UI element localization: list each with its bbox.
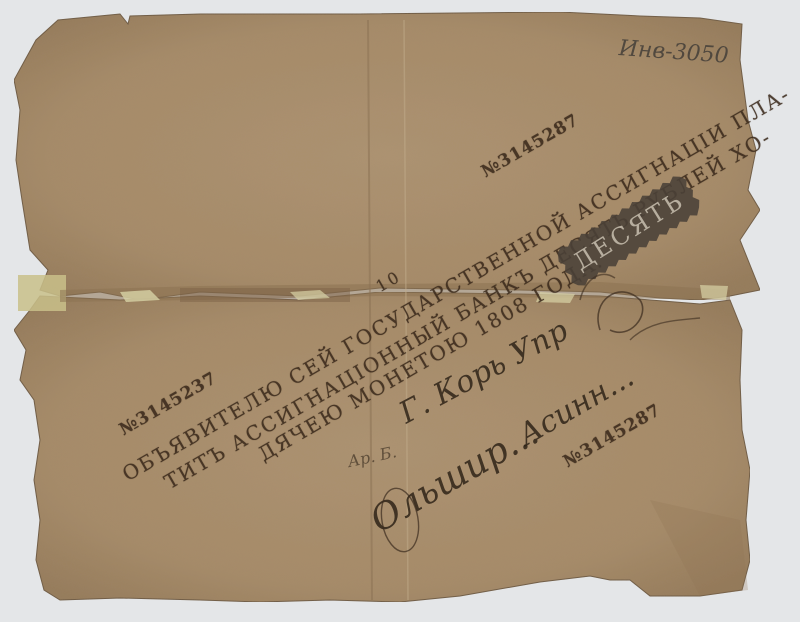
banknote-photo: 10 №3145287 №3145237 №3145287 ОБЪЯВИТЕЛЮ…: [0, 0, 800, 622]
paper-sheet: [0, 0, 800, 622]
